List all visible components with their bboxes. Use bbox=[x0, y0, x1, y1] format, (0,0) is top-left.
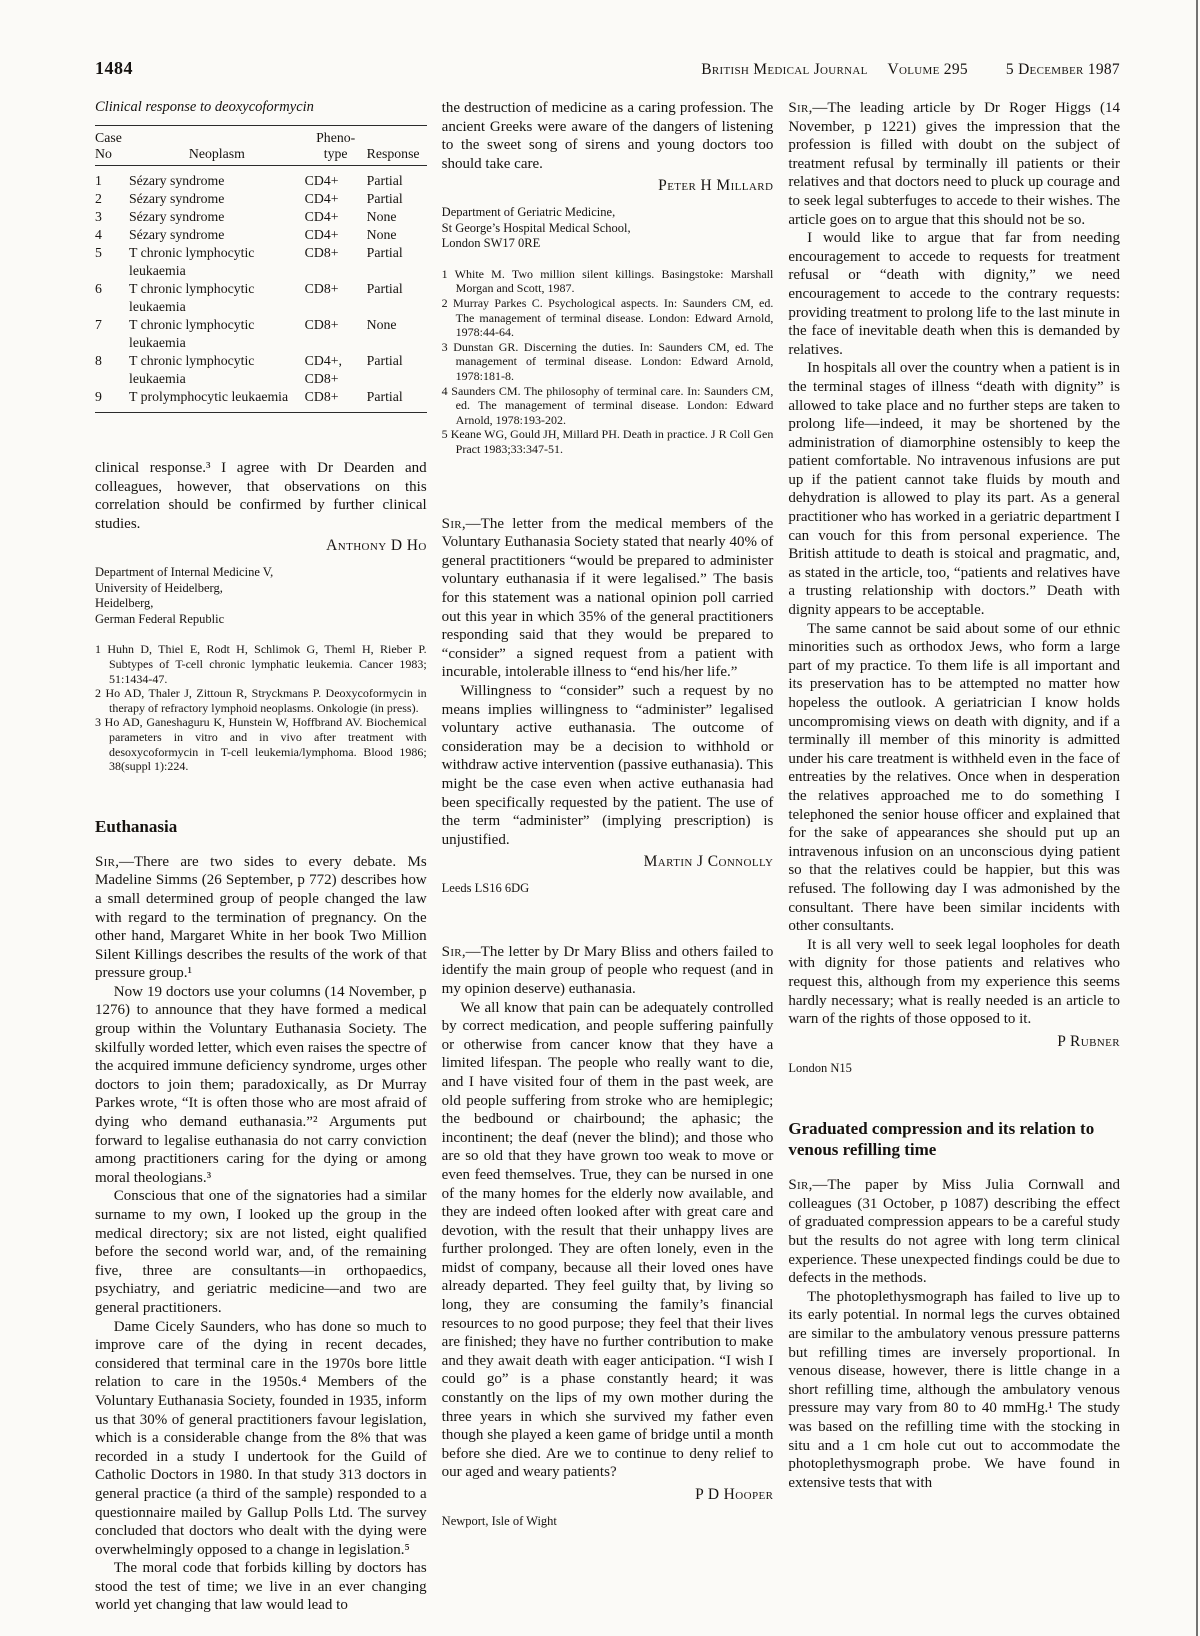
table-row: 1Sézary syndromeCD4+Partial bbox=[95, 166, 427, 191]
reference-item: 1 Huhn D, Thiel E, Rodt H, Schlimok G, T… bbox=[95, 642, 427, 686]
letter-paragraph: The same cannot be said about some of ou… bbox=[788, 620, 1120, 936]
three-column-body: Clinical response to deoxycoformycin Cas… bbox=[95, 99, 1120, 1615]
cell-neoplasm: T chronic lymphocytic leukaemia bbox=[129, 280, 305, 316]
paragraph-text: ,—The letter from the medical members of… bbox=[442, 516, 774, 681]
column-3: Sir,—The leading article by Dr Roger Hig… bbox=[788, 99, 1120, 1615]
cell-response: None bbox=[367, 226, 427, 244]
paragraph-text: ,—The letter by Dr Mary Bliss and others… bbox=[442, 944, 774, 997]
section-gap bbox=[442, 897, 774, 943]
cell-response: Partial bbox=[367, 166, 427, 191]
cell-phenotype: CD8+ bbox=[305, 244, 367, 280]
letter-opening-paragraph: Sir,—The letter by Dr Mary Bliss and oth… bbox=[442, 943, 774, 999]
col-header-neoplasm: Neoplasm bbox=[129, 126, 305, 166]
reference-list: 1 White M. Two million silent killings. … bbox=[442, 267, 774, 457]
running-head: British Medical Journal Volume 295 5 Dec… bbox=[701, 61, 1120, 79]
cell-phenotype: CD8+ bbox=[305, 388, 367, 413]
cell-neoplasm: Sézary syndrome bbox=[129, 208, 305, 226]
table-row: 8T chronic lymphocytic leukaemiaCD4+, CD… bbox=[95, 352, 427, 388]
cell-response: Partial bbox=[367, 388, 427, 413]
reference-list: 1 Huhn D, Thiel E, Rodt H, Schlimok G, T… bbox=[95, 642, 427, 773]
cell-neoplasm: T chronic lymphocytic leukaemia bbox=[129, 316, 305, 352]
letter-opening-paragraph: Sir,—The paper by Miss Julia Cornwall an… bbox=[788, 1176, 1120, 1288]
table-body: 1Sézary syndromeCD4+Partial 2Sézary synd… bbox=[95, 166, 427, 413]
table-header-row: Case No Neoplasm Pheno- type Response bbox=[95, 126, 427, 166]
table-row: 3Sézary syndromeCD4+None bbox=[95, 208, 427, 226]
cell-response: None bbox=[367, 208, 427, 226]
cell-response: Partial bbox=[367, 280, 427, 316]
signature-peter-h-millard: Peter H Millard bbox=[442, 177, 774, 195]
letter-paragraph: Conscious that one of the signatories ha… bbox=[95, 1187, 427, 1317]
cell-case-no: 5 bbox=[95, 244, 129, 280]
author-address: London N15 bbox=[788, 1061, 1120, 1077]
letter-paragraph: The moral code that forbids killing by d… bbox=[95, 1559, 427, 1615]
salutation: Sir bbox=[788, 100, 808, 116]
author-address: Newport, Isle of Wight bbox=[442, 1514, 774, 1530]
journal-page: 1484 British Medical Journal Volume 295 … bbox=[0, 0, 1200, 1615]
cell-neoplasm: T chronic lymphocytic leukaemia bbox=[129, 244, 305, 280]
reference-item: 3 Ho AD, Ganeshaguru K, Hunstein W, Hoff… bbox=[95, 715, 427, 773]
col-header-response: Response bbox=[367, 126, 427, 166]
cell-response: Partial bbox=[367, 352, 427, 388]
signature-anthony-d-ho: Anthony D Ho bbox=[95, 537, 427, 555]
letter-continuation-paragraph: the destruction of medicine as a caring … bbox=[442, 99, 774, 173]
signature-p-rubner: P Rubner bbox=[788, 1033, 1120, 1051]
table-row: 9T prolymphocytic leukaemiaCD8+Partial bbox=[95, 388, 427, 413]
letter-paragraph: Now 19 doctors use your columns (14 Nove… bbox=[95, 983, 427, 1188]
col-header-phenotype: Pheno- type bbox=[305, 126, 367, 166]
page-header: 1484 British Medical Journal Volume 295 … bbox=[95, 58, 1120, 79]
cell-response: Partial bbox=[367, 244, 427, 280]
paragraph-text: ,—There are two sides to every debate. M… bbox=[95, 854, 427, 982]
cell-neoplasm: T prolymphocytic leukaemia bbox=[129, 388, 305, 413]
reference-item: 4 Saunders CM. The philosophy of termina… bbox=[442, 384, 774, 428]
letter-opening-paragraph: Sir,—There are two sides to every debate… bbox=[95, 853, 427, 983]
table-caption: Clinical response to deoxycoformycin bbox=[95, 99, 427, 116]
cell-case-no: 6 bbox=[95, 280, 129, 316]
cell-phenotype: CD8+ bbox=[305, 316, 367, 352]
paragraph-text: ,—The paper by Miss Julia Cornwall and c… bbox=[788, 1177, 1120, 1286]
cell-phenotype: CD4+ bbox=[305, 226, 367, 244]
cell-phenotype: CD8+ bbox=[305, 280, 367, 316]
col-header-case-no: Case No bbox=[95, 126, 129, 166]
volume-label: Volume 295 bbox=[888, 61, 968, 78]
column-2: the destruction of medicine as a caring … bbox=[442, 99, 774, 1615]
page-number: 1484 bbox=[95, 58, 133, 79]
section-heading-euthanasia: Euthanasia bbox=[95, 816, 427, 837]
signature-p-d-hooper: P D Hooper bbox=[442, 1486, 774, 1504]
table-row: 4Sézary syndromeCD4+None bbox=[95, 226, 427, 244]
salutation: Sir bbox=[95, 854, 115, 870]
reference-item: 5 Keane WG, Gould JH, Millard PH. Death … bbox=[442, 427, 774, 456]
cell-phenotype: CD4+ bbox=[305, 166, 367, 191]
letter-continuation-paragraph: clinical response.³ I agree with Dr Dear… bbox=[95, 459, 427, 533]
letter-paragraph: It is all very well to seek legal loopho… bbox=[788, 936, 1120, 1029]
cell-neoplasm: Sézary syndrome bbox=[129, 190, 305, 208]
letter-paragraph: Willingness to “consider” such a request… bbox=[442, 682, 774, 849]
signature-martin-j-connolly: Martin J Connolly bbox=[442, 853, 774, 871]
cell-case-no: 4 bbox=[95, 226, 129, 244]
salutation: Sir bbox=[442, 944, 462, 960]
cell-case-no: 2 bbox=[95, 190, 129, 208]
table-header: Case No Neoplasm Pheno- type Response bbox=[95, 126, 427, 166]
issue-date: 5 December 1987 bbox=[1006, 61, 1120, 78]
author-address: Department of Geriatric Medicine, St Geo… bbox=[442, 205, 774, 252]
table-row: 6T chronic lymphocytic leukaemiaCD8+Part… bbox=[95, 280, 427, 316]
cell-case-no: 8 bbox=[95, 352, 129, 388]
salutation: Sir bbox=[442, 516, 462, 532]
clinical-response-table: Case No Neoplasm Pheno- type Response 1S… bbox=[95, 125, 427, 413]
cell-phenotype: CD4+ bbox=[305, 190, 367, 208]
author-address: Department of Internal Medicine V, Unive… bbox=[95, 565, 427, 627]
cell-response: Partial bbox=[367, 190, 427, 208]
cell-response: None bbox=[367, 316, 427, 352]
column-1: Clinical response to deoxycoformycin Cas… bbox=[95, 99, 427, 1615]
cell-neoplasm: Sézary syndrome bbox=[129, 166, 305, 191]
section-gap bbox=[442, 457, 774, 515]
reference-item: 3 Dunstan GR. Discerning the duties. In:… bbox=[442, 340, 774, 384]
cell-case-no: 9 bbox=[95, 388, 129, 413]
cell-case-no: 7 bbox=[95, 316, 129, 352]
letter-paragraph: We all know that pain can be adequately … bbox=[442, 999, 774, 1482]
salutation: Sir bbox=[788, 1177, 808, 1193]
letter-opening-paragraph: Sir,—The leading article by Dr Roger Hig… bbox=[788, 99, 1120, 229]
letter-paragraph: In hospitals all over the country when a… bbox=[788, 359, 1120, 619]
section-heading-graduated-compression: Graduated compression and its relation t… bbox=[788, 1118, 1120, 1160]
cell-phenotype: CD4+, CD8+ bbox=[305, 352, 367, 388]
letter-opening-paragraph: Sir,—The letter from the medical members… bbox=[442, 515, 774, 682]
reference-item: 1 White M. Two million silent killings. … bbox=[442, 267, 774, 296]
table-row: 2Sézary syndromeCD4+Partial bbox=[95, 190, 427, 208]
paragraph-text: ,—The leading article by Dr Roger Higgs … bbox=[788, 100, 1120, 228]
reference-item: 2 Murray Parkes C. Psychological aspects… bbox=[442, 296, 774, 340]
cell-phenotype: CD4+ bbox=[305, 208, 367, 226]
cell-neoplasm: Sézary syndrome bbox=[129, 226, 305, 244]
reference-item: 2 Ho AD, Thaler J, Zittoun R, Stryckmans… bbox=[95, 686, 427, 715]
table-row: 5T chronic lymphocytic leukaemiaCD8+Part… bbox=[95, 244, 427, 280]
scan-edge-line bbox=[1196, 0, 1198, 1636]
cell-case-no: 3 bbox=[95, 208, 129, 226]
author-address: Leeds LS16 6DG bbox=[442, 881, 774, 897]
letter-paragraph: Dame Cicely Saunders, who has done so mu… bbox=[95, 1318, 427, 1560]
journal-title: British Medical Journal bbox=[701, 61, 867, 78]
letter-paragraph: The photoplethysmograph has failed to li… bbox=[788, 1288, 1120, 1493]
table-row: 7T chronic lymphocytic leukaemiaCD8+None bbox=[95, 316, 427, 352]
letter-paragraph: I would like to argue that far from need… bbox=[788, 229, 1120, 359]
cell-case-no: 1 bbox=[95, 166, 129, 191]
cell-neoplasm: T chronic lymphocytic leukaemia bbox=[129, 352, 305, 388]
